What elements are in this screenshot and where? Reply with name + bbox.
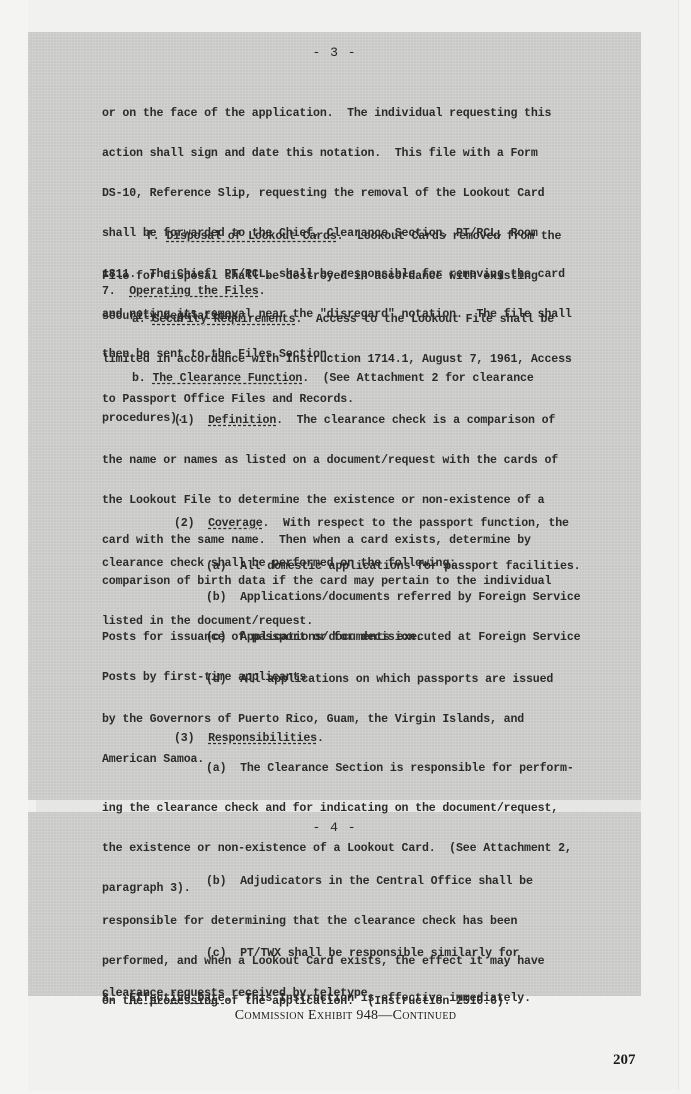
section-heading: Effective Date xyxy=(129,992,224,1005)
text-run: . Access to the Lookout File shall be xyxy=(295,313,554,326)
text-line: a. Security Requirements. Access to the … xyxy=(102,313,622,326)
text-run: Adjudicators in the Central Office shall… xyxy=(240,875,533,888)
text-run: The Clearance Section is responsible for… xyxy=(240,762,574,775)
text-line: DS-10, Reference Slip, requesting the re… xyxy=(102,187,622,200)
item-label: a. xyxy=(102,313,146,326)
item-label: (c) xyxy=(102,947,226,960)
text-run: . (See Attachment 2 for clearance xyxy=(302,372,533,385)
page-number: 207 xyxy=(613,1052,636,1069)
item-label: (1) xyxy=(102,414,194,427)
text-line: f. Disposal of Lookout Cards. Lookout Ca… xyxy=(102,230,622,243)
text-line: (b) Applications/documents referred by F… xyxy=(102,591,622,604)
text-run: . The clearance check is a comparison of xyxy=(276,414,555,427)
text-line: (c) Applications/documents executed at F… xyxy=(102,631,622,644)
text-line: (c) PT/TWX shall be responsible similarl… xyxy=(102,947,622,960)
item-label: (b) xyxy=(102,591,226,604)
item-label: 8. xyxy=(102,992,116,1005)
item-label: (b) xyxy=(102,875,226,888)
section-heading: Disposal of Lookout Cards xyxy=(166,230,336,243)
text-run: . This Instruction is effective immediat… xyxy=(225,992,531,1005)
item-label: b. xyxy=(102,372,146,385)
text-line: (b) Adjudicators in the Central Office s… xyxy=(102,875,622,888)
text-run: . With respect to the passport function,… xyxy=(263,517,569,530)
text-line: the name or names as listed on a documen… xyxy=(102,454,622,467)
text-line: (1) Definition. The clearance check is a… xyxy=(102,414,622,427)
item-label: (c) xyxy=(102,631,226,644)
page-marker: - 3 - xyxy=(28,45,641,60)
section-heading: Security Requirements xyxy=(152,313,295,326)
text-run: PT/TWX shall be responsible similarly fo… xyxy=(240,947,519,960)
section-heading: Coverage xyxy=(208,517,262,530)
text-run: Applications/documents referred by Forei… xyxy=(240,591,580,604)
section-heading: The Clearance Function xyxy=(152,372,302,385)
text-line: 8. Effective Date. This Instruction is e… xyxy=(102,992,622,1005)
text-line: or on the face of the application. The i… xyxy=(102,107,622,120)
text-line: (a) The Clearance Section is responsible… xyxy=(102,762,622,775)
item-label: f. xyxy=(102,230,160,243)
text-run: Applications/documents executed at Forei… xyxy=(240,631,580,644)
text-line: b. The Clearance Function. (See Attachme… xyxy=(102,372,622,385)
text-run: . Lookout Cards removed from the xyxy=(337,230,562,243)
item-label: (2) xyxy=(102,517,194,530)
exhibit-caption: Commission Exhibit 948—Continued xyxy=(0,1008,691,1024)
text-run: All applications on which passports are … xyxy=(240,673,553,686)
text-line: (2) Coverage. With respect to the passpo… xyxy=(102,517,622,530)
text-line: (d) All applications on which passports … xyxy=(102,673,622,686)
section-heading: Definition xyxy=(208,414,276,427)
item-label: (d) xyxy=(102,673,226,686)
item-label: (a) xyxy=(102,762,226,775)
text-line: action shall sign and date this notation… xyxy=(102,147,622,160)
text-line: ing the clearance check and for indicati… xyxy=(102,802,622,815)
